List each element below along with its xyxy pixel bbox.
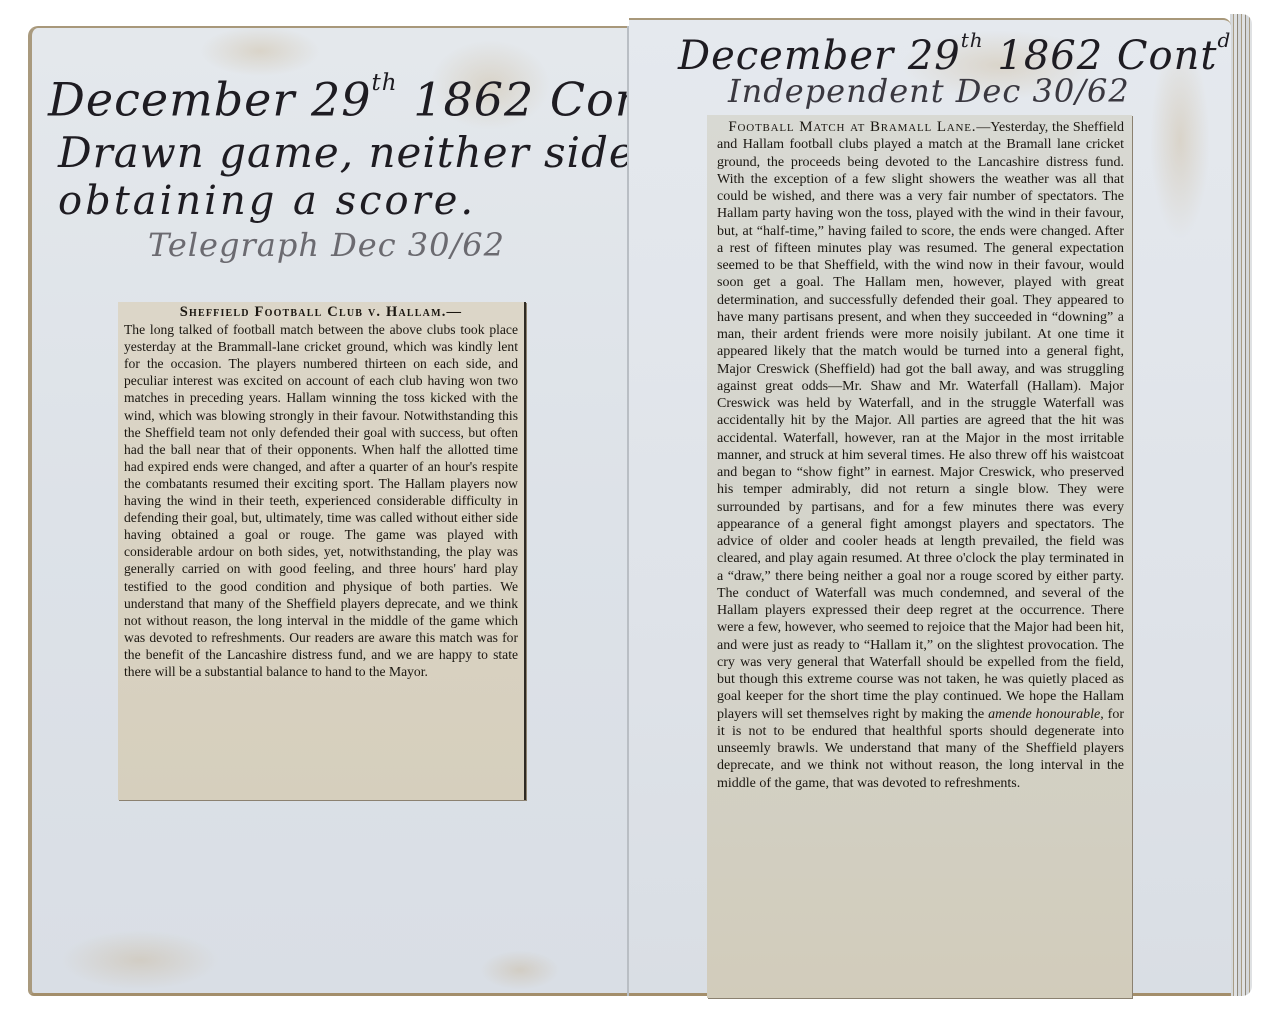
handwritten-date-left: December 29th 1862 Contd [48, 70, 681, 126]
newspaper-clipping-telegraph: Sheffield Football Club v. Hallam.— The … [118, 302, 526, 800]
clipping-body: The long talked of football match betwee… [124, 321, 518, 680]
handwritten-note-line-1: Drawn game, neither side [58, 128, 635, 177]
clipping-headline: Sheffield Football Club v. Hallam.— [124, 304, 518, 321]
italic-phrase: amende honourable [988, 707, 1100, 722]
page-edges [1230, 14, 1252, 996]
foxing-stain [60, 930, 220, 990]
handwritten-source-left: Telegraph Dec 30/62 [148, 226, 505, 264]
clipping-body: Football Match at Bramall Lane.—Yesterda… [717, 119, 1124, 792]
newspaper-clipping-independent: Football Match at Bramall Lane.—Yesterda… [707, 115, 1132, 998]
foxing-stain [200, 26, 320, 76]
clipping-headline: Football Match at Bramall Lane. [728, 119, 976, 135]
handwritten-source-right: Independent Dec 30/62 [728, 72, 1130, 110]
scrapbook-spread: December 29th 1862 Contd Drawn game, nei… [0, 0, 1286, 1015]
foxing-stain [480, 950, 560, 990]
handwritten-note-line-2: obtaining a score. [58, 178, 476, 224]
